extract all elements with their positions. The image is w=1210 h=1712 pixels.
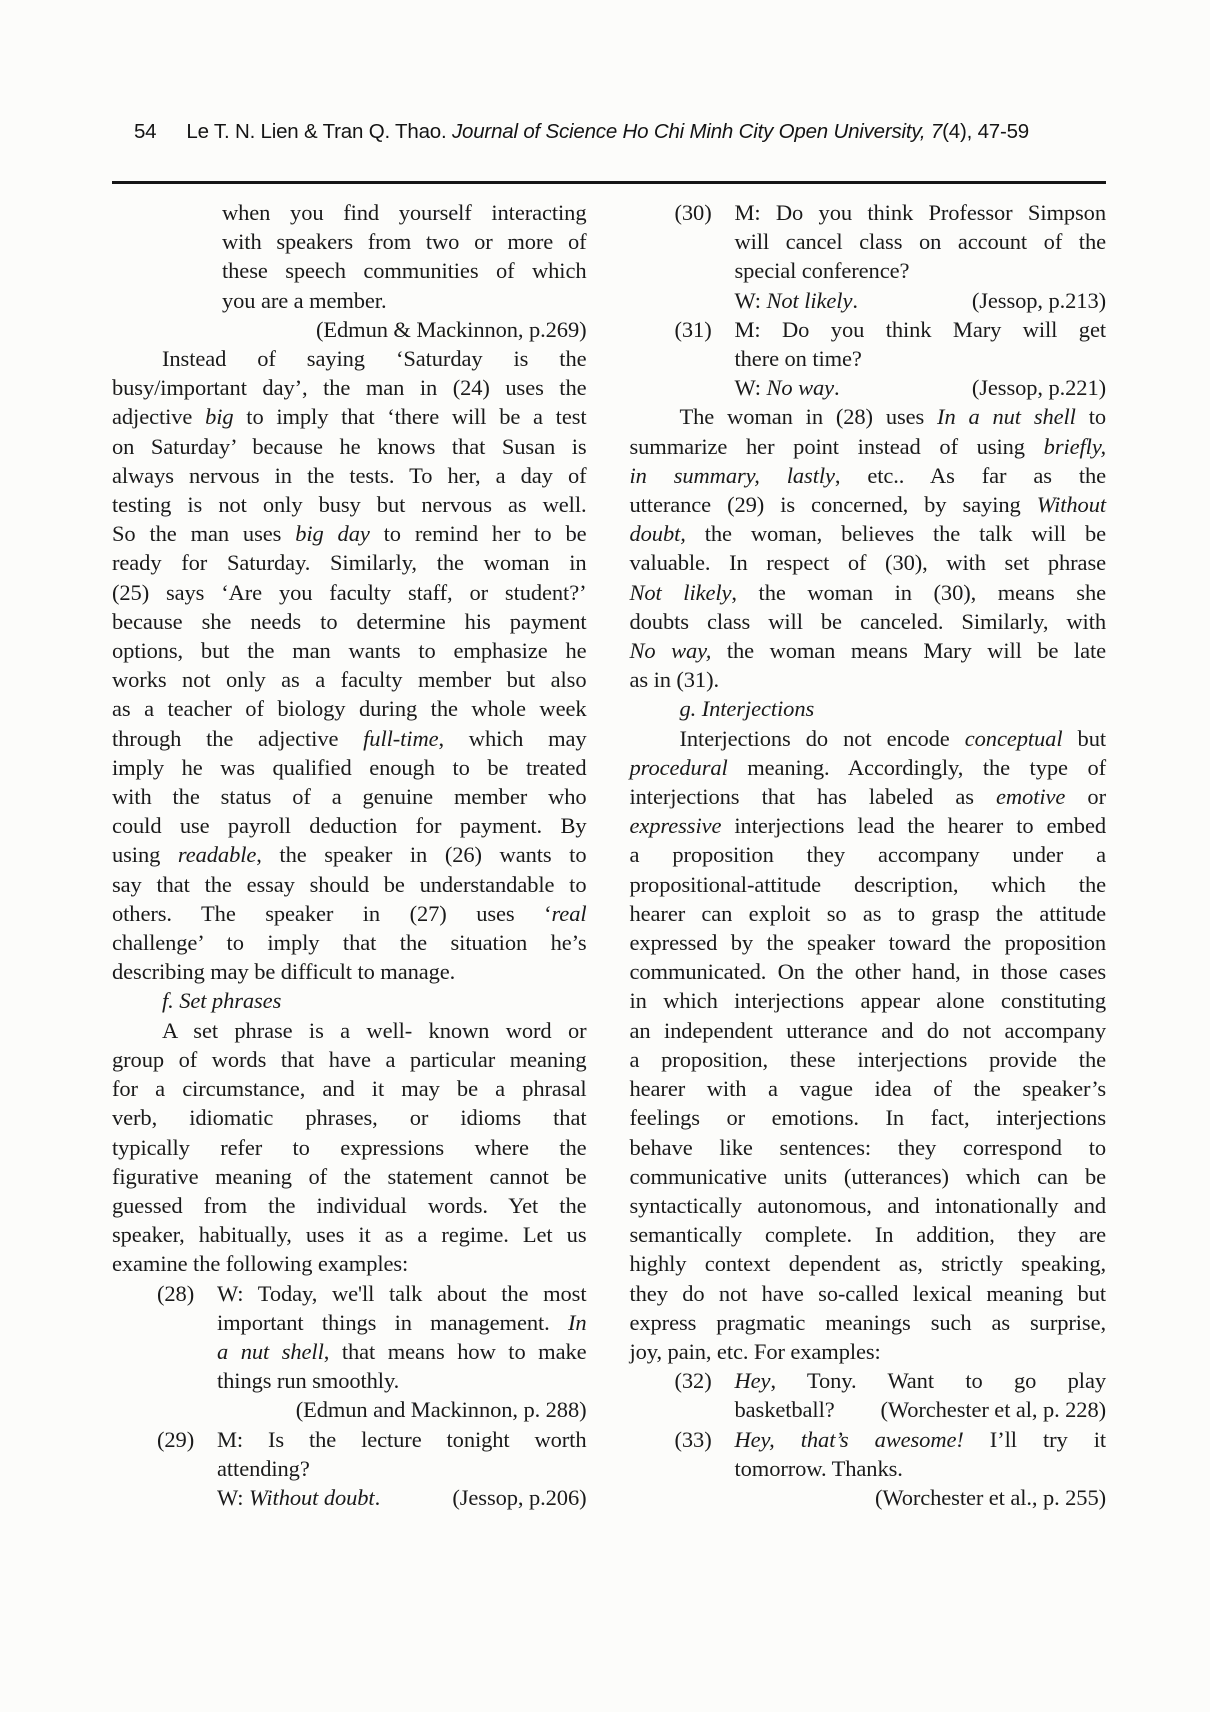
- text-segment: as in (31).: [630, 667, 720, 692]
- text-line: through the adjective full-time, which m…: [112, 724, 587, 753]
- text-line: propositional-attitude description, whic…: [630, 870, 1107, 899]
- text-segment: the woman means Mary will be late: [711, 638, 1106, 663]
- text-segment: (Edmun and Mackinnon, p. 288): [296, 1397, 587, 1422]
- text-segment: Hey, that’s awesome!: [735, 1427, 964, 1452]
- text-line: with the status of a genuine member who: [112, 782, 587, 811]
- text-segment: M: Do you think Professor Simpson: [735, 200, 1107, 225]
- text-line: behave like sentences: they correspond t…: [630, 1133, 1107, 1162]
- text-segment: .: [852, 288, 858, 313]
- text-segment: conceptual: [965, 726, 1063, 751]
- text-line: speaker, habitually, uses it as a regime…: [112, 1220, 587, 1249]
- text-segment: real: [551, 901, 586, 926]
- text-line: works not only as a faculty member but a…: [112, 665, 587, 694]
- text-line: semantically complete. In addition, they…: [630, 1220, 1107, 1249]
- text-segment: M: Do you think Mary will get: [735, 317, 1107, 342]
- text-segment: in which interjections appear alone cons…: [630, 988, 1107, 1013]
- text-segment: could use payroll deduction for payment.…: [112, 813, 587, 838]
- text-segment: emotive: [996, 784, 1065, 809]
- example-body: M: Do you think Mary will getthere on ti…: [735, 315, 1107, 403]
- text-segment: , etc.. As far as the: [835, 463, 1106, 488]
- text-segment: joy, pain, etc. For examples:: [630, 1339, 881, 1364]
- text-segment: but: [1062, 726, 1106, 751]
- text-segment: because she needs to determine his payme…: [112, 609, 587, 634]
- text-line: verb, idiomatic phrases, or idioms that: [112, 1103, 587, 1132]
- text-line: utterance (29) is concerned, by saying W…: [630, 490, 1107, 519]
- example-label: (31): [630, 315, 735, 403]
- text-line: (25) says ‘Are you faculty staff, or stu…: [112, 578, 587, 607]
- text-segment: for a circumstance, and it may be a phra…: [112, 1076, 587, 1101]
- text-line: using readable, the speaker in (26) want…: [112, 840, 587, 869]
- text-segment: utterance (29) is concerned, by saying: [630, 492, 1037, 517]
- text-segment: works not only as a faculty member but a…: [112, 667, 587, 692]
- text-segment: through the adjective: [112, 726, 363, 751]
- text-segment: semantically complete. In addition, they…: [630, 1222, 1107, 1247]
- text-segment: when you find yourself interacting: [222, 200, 587, 225]
- text-segment: readable: [178, 842, 256, 867]
- para-block: A set phrase is a well- known word orgro…: [112, 1016, 587, 1279]
- example-body: Hey, that’s awesome! I’ll try ittomorrow…: [735, 1425, 1107, 1513]
- para-block: The woman in (28) uses In a nut shell to…: [630, 402, 1107, 694]
- text-line: (Edmun and Mackinnon, p. 288): [217, 1395, 587, 1424]
- text-segment: M: Is the lecture tonight worth: [217, 1427, 587, 1452]
- text-segment: procedural: [630, 755, 728, 780]
- header-rule: [112, 181, 1106, 184]
- text-line: syntactically autonomous, and intonation…: [630, 1191, 1107, 1220]
- text-segment: Without doubt: [249, 1485, 375, 1510]
- text-segment: , that means how to make: [324, 1339, 587, 1364]
- text-segment: big day: [295, 521, 370, 546]
- text-line: hearer can exploit so as to grasp the at…: [630, 899, 1107, 928]
- text-segment: on Saturday’ because he knows that Susan…: [112, 434, 587, 459]
- text-segment: challenge’ to imply that the situation h…: [112, 930, 587, 955]
- example-item: (30)M: Do you think Professor Simpsonwil…: [630, 198, 1107, 315]
- text-segment: figurative meaning of the statement cann…: [112, 1164, 587, 1189]
- text-line: Instead of saying ‘Saturday is the: [112, 344, 587, 373]
- text-line: summarize her point instead of using bri…: [630, 432, 1107, 461]
- text-segment: In: [568, 1310, 587, 1335]
- example-body: W: Today, we'll talk about the mostimpor…: [217, 1279, 587, 1425]
- text-line: describing may be difficult to manage.: [112, 957, 587, 986]
- text-line: interjections that has labeled as emotiv…: [630, 782, 1107, 811]
- text-segment: I’ll try it: [964, 1427, 1106, 1452]
- text-line: busy/important day’, the man in (24) use…: [112, 373, 587, 402]
- text-segment: say that the essay should be understanda…: [112, 872, 587, 897]
- text-segment: , Tony. Want to go play: [770, 1368, 1106, 1393]
- text-line: Interjections do not encode conceptual b…: [630, 724, 1107, 753]
- text-line: others. The speaker in (27) uses ‘real: [112, 899, 587, 928]
- text-segment: briefly,: [1044, 434, 1106, 459]
- text-line: ready for Saturday. Similarly, the woman…: [112, 548, 587, 577]
- text-segment: W:: [735, 375, 767, 400]
- example-item: (32)Hey, Tony. Want to go playbasketball…: [630, 1366, 1107, 1424]
- text-line: things run smoothly.: [217, 1366, 587, 1395]
- text-line: could use payroll deduction for payment.…: [112, 811, 587, 840]
- example-item: (29)M: Is the lecture tonight worthatten…: [112, 1425, 587, 1513]
- example-label: (30): [630, 198, 735, 315]
- text-line: with speakers from two or more of: [222, 227, 587, 256]
- journal-page: 54Le T. N. Lien & Tran Q. Thao. Journal …: [0, 96, 1210, 1512]
- text-segment: f. Set phrases: [162, 988, 281, 1013]
- text-segment: Hey: [735, 1368, 771, 1393]
- column-right: (30)M: Do you think Professor Simpsonwil…: [630, 198, 1107, 1512]
- example-item: (28)W: Today, we'll talk about the mosti…: [112, 1279, 587, 1425]
- text-segment: In a nut shell: [937, 404, 1076, 429]
- text-line: joy, pain, etc. For examples:: [630, 1337, 1107, 1366]
- text-segment: behave like sentences: they correspond t…: [630, 1135, 1107, 1160]
- text-segment: to imply that ‘there will be a test: [234, 404, 587, 429]
- text-segment: group of words that have a particular me…: [112, 1047, 587, 1072]
- text-segment: highly context dependent as, strictly sp…: [630, 1251, 1107, 1276]
- text-segment: ready for Saturday. Similarly, the woman…: [112, 550, 587, 575]
- example-label: (29): [112, 1425, 217, 1513]
- text-segment: these speech communities of which: [222, 258, 587, 283]
- text-segment: testing is not only busy but nervous as …: [112, 492, 587, 517]
- text-segment: will cancel class on account of the: [735, 229, 1107, 254]
- text-line: will cancel class on account of the: [735, 227, 1107, 256]
- text-segment: a proposition they accompany under a: [630, 842, 1107, 867]
- text-segment: busy/important day’, the man in (24) use…: [112, 375, 587, 400]
- text-line: express pragmatic meanings such as surpr…: [630, 1308, 1107, 1337]
- text-segment: hearer can exploit so as to grasp the at…: [630, 901, 1107, 926]
- citation: (Worchester et al, p. 228): [881, 1395, 1107, 1424]
- quote-block: when you find yourself interactingwith s…: [222, 198, 587, 344]
- text-line: The woman in (28) uses In a nut shell to: [630, 402, 1107, 431]
- text-line: group of words that have a particular me…: [112, 1045, 587, 1074]
- text-segment: special conference?: [735, 258, 910, 283]
- text-line: testing is not only busy but nervous as …: [112, 490, 587, 519]
- text-line: in summary, lastly, etc.. As far as the: [630, 461, 1107, 490]
- text-line: as a teacher of biology during the whole…: [112, 694, 587, 723]
- text-segment: Not likely: [766, 288, 852, 313]
- header-authors: Le T. N. Lien & Tran Q. Thao.: [186, 120, 452, 143]
- text-line: special conference?: [735, 256, 1107, 285]
- text-line: communicative units (utterances) which c…: [630, 1162, 1107, 1191]
- text-line: say that the essay should be understanda…: [112, 870, 587, 899]
- text-line: W: Today, we'll talk about the most: [217, 1279, 587, 1308]
- text-segment: doubt,: [630, 521, 686, 546]
- text-segment: W:: [217, 1485, 249, 1510]
- text-line: as in (31).: [630, 665, 1107, 694]
- text-segment: speaker, habitually, uses it as a regime…: [112, 1222, 587, 1247]
- text-line: attending?: [217, 1454, 587, 1483]
- text-line: guessed from the individual words. Yet t…: [112, 1191, 587, 1220]
- text-segment: verb, idiomatic phrases, or idioms that: [112, 1105, 587, 1130]
- citation: (Jessop, p.206): [452, 1483, 586, 1512]
- para-block: Instead of saying ‘Saturday is thebusy/i…: [112, 344, 587, 986]
- text-segment: valuable. In respect of (30), with set p…: [630, 550, 1107, 575]
- text-line: on Saturday’ because he knows that Susan…: [112, 432, 587, 461]
- text-line: typically refer to expressions where the: [112, 1133, 587, 1162]
- text-segment: with speakers from two or more of: [222, 229, 587, 254]
- text-segment: expressed by the speaker toward the prop…: [630, 930, 1107, 955]
- citation: (Jessop, p.213): [972, 286, 1106, 315]
- text-segment: syntactically autonomous, and intonation…: [630, 1193, 1107, 1218]
- text-line: expressed by the speaker toward the prop…: [630, 928, 1107, 957]
- text-segment: Without: [1037, 492, 1106, 517]
- text-line: feelings or emotions. In fact, interject…: [630, 1103, 1107, 1132]
- text-line: g. Interjections: [630, 694, 1107, 723]
- text-line: in which interjections appear alone cons…: [630, 986, 1107, 1015]
- example-item: (31)M: Do you think Mary will getthere o…: [630, 315, 1107, 403]
- text-segment: attending?: [217, 1456, 310, 1481]
- text-line: tomorrow. Thanks.: [735, 1454, 1107, 1483]
- text-line: Not likely, the woman in (30), means she: [630, 578, 1107, 607]
- text-segment: communicative units (utterances) which c…: [630, 1164, 1107, 1189]
- text-segment: , which may: [438, 726, 586, 751]
- example-label: (28): [112, 1279, 217, 1425]
- speaker-line: W: No way.: [735, 373, 840, 402]
- text-segment: summarize her point instead of using: [630, 434, 1044, 459]
- text-line: Hey, Tony. Want to go play: [735, 1366, 1107, 1395]
- text-segment: guessed from the individual words. Yet t…: [112, 1193, 587, 1218]
- header-journal-title: Journal of Science Ho Chi Minh City Open…: [452, 120, 942, 143]
- heading-block: f. Set phrases: [112, 986, 587, 1015]
- text-segment: (Edmun & Mackinnon, p.269): [316, 317, 587, 342]
- text-line: they do not have so-called lexical meani…: [630, 1279, 1107, 1308]
- text-line: valuable. In respect of (30), with set p…: [630, 548, 1107, 577]
- text-segment: big: [205, 404, 233, 429]
- page-number: 54: [134, 120, 156, 143]
- text-segment: others. The speaker in (27) uses ‘: [112, 901, 551, 926]
- text-line: procedural meaning. Accordingly, the typ…: [630, 753, 1107, 782]
- text-line: a proposition, these interjections provi…: [630, 1045, 1107, 1074]
- text-line: because she needs to determine his payme…: [112, 607, 587, 636]
- text-segment: No way,: [630, 638, 712, 663]
- text-segment: Not likely: [630, 580, 732, 605]
- example-body: Hey, Tony. Want to go playbasketball?(Wo…: [735, 1366, 1107, 1424]
- text-line-with-citation: basketball?(Worchester et al, p. 228): [735, 1395, 1107, 1424]
- text-line: hearer with a vague idea of the speaker’…: [630, 1074, 1107, 1103]
- column-left: when you find yourself interactingwith s…: [112, 198, 587, 1512]
- text-line-with-citation: W: No way.(Jessop, p.221): [735, 373, 1107, 402]
- speaker-line: W: Not likely.: [735, 286, 858, 315]
- text-line: figurative meaning of the statement cann…: [112, 1162, 587, 1191]
- text-segment: meaning. Accordingly, the type of: [728, 755, 1106, 780]
- text-segment: Instead of saying ‘Saturday is the: [162, 346, 587, 371]
- text-line: when you find yourself interacting: [222, 198, 587, 227]
- heading-block: g. Interjections: [630, 694, 1107, 723]
- example-label: (33): [630, 1425, 735, 1513]
- text-line: highly context dependent as, strictly sp…: [630, 1249, 1107, 1278]
- text-segment: communicated. On the other hand, in thos…: [630, 959, 1107, 984]
- text-segment: A set phrase is a well- known word or: [162, 1018, 587, 1043]
- text-segment: an independent utterance and do not acco…: [630, 1018, 1107, 1043]
- text-segment: examine the following examples:: [112, 1251, 408, 1276]
- text-segment: important things in management.: [217, 1310, 568, 1335]
- text-segment: (25) says ‘Are you faculty staff, or stu…: [112, 580, 587, 605]
- text-line: imply he was qualified enough to be trea…: [112, 753, 587, 782]
- text-line: M: Do you think Professor Simpson: [735, 198, 1107, 227]
- text-segment: in summary, lastly: [630, 463, 835, 488]
- text-line: doubts class will be canceled. Similarly…: [630, 607, 1107, 636]
- para-block: Interjections do not encode conceptual b…: [630, 724, 1107, 1366]
- text-segment: as a teacher of biology during the whole…: [112, 696, 587, 721]
- text-line: there on time?: [735, 344, 1107, 373]
- text-line: challenge’ to imply that the situation h…: [112, 928, 587, 957]
- text-segment: No way: [766, 375, 834, 400]
- text-segment: the woman, believes the talk will be: [686, 521, 1106, 546]
- text-segment: imply he was qualified enough to be trea…: [112, 755, 587, 780]
- text-segment: express pragmatic meanings such as surpr…: [630, 1310, 1107, 1335]
- text-segment: using: [112, 842, 178, 867]
- text-line-with-citation: W: Without doubt.(Jessop, p.206): [217, 1483, 587, 1512]
- text-line: examine the following examples:: [112, 1249, 587, 1278]
- text-line-with-citation: W: Not likely.(Jessop, p.213): [735, 286, 1107, 315]
- text-segment: a nut shell: [217, 1339, 324, 1364]
- text-segment: full-time: [363, 726, 438, 751]
- text-segment: typically refer to expressions where the: [112, 1135, 587, 1160]
- text-segment: (Worchester et al., p. 255): [875, 1485, 1106, 1510]
- text-line: these speech communities of which: [222, 256, 587, 285]
- text-line: a nut shell, that means how to make: [217, 1337, 587, 1366]
- text-segment: things run smoothly.: [217, 1368, 399, 1393]
- text-line: (Edmun & Mackinnon, p.269): [222, 315, 587, 344]
- text-line: f. Set phrases: [112, 986, 587, 1015]
- text-segment: tomorrow. Thanks.: [735, 1456, 903, 1481]
- text-segment: to remind her to be: [370, 521, 587, 546]
- example-body: M: Do you think Professor Simpsonwill ca…: [735, 198, 1107, 315]
- text-line: So the man uses big day to remind her to…: [112, 519, 587, 548]
- text-segment: W: Today, we'll talk about the most: [217, 1281, 587, 1306]
- text-segment: , the speaker in (26) wants to: [256, 842, 586, 867]
- text-line: M: Is the lecture tonight worth: [217, 1425, 587, 1454]
- text-segment: they do not have so-called lexical meani…: [630, 1281, 1107, 1306]
- text-line: for a circumstance, and it may be a phra…: [112, 1074, 587, 1103]
- text-segment: .: [375, 1485, 381, 1510]
- text-line: communicated. On the other hand, in thos…: [630, 957, 1107, 986]
- example-label: (32): [630, 1366, 735, 1424]
- text-segment: options, but the man wants to emphasize …: [112, 638, 587, 663]
- speaker-line: W: Without doubt.: [217, 1483, 380, 1512]
- text-segment: expressive: [630, 813, 722, 838]
- text-segment: adjective: [112, 404, 205, 429]
- text-segment: doubts class will be canceled. Similarly…: [630, 609, 1107, 634]
- content-columns: when you find yourself interactingwith s…: [112, 198, 1106, 1512]
- text-segment: always nervous in the tests. To her, a d…: [112, 463, 587, 488]
- text-segment: you are a member.: [222, 288, 386, 313]
- text-line: (Worchester et al., p. 255): [735, 1483, 1107, 1512]
- header-issue: (4), 47-59: [942, 120, 1029, 143]
- text-segment: propositional-attitude description, whic…: [630, 872, 1107, 897]
- text-line: important things in management. In: [217, 1308, 587, 1337]
- text-segment: there on time?: [735, 346, 862, 371]
- text-segment: interjections lead the hearer to embed: [721, 813, 1106, 838]
- citation: (Jessop, p.221): [972, 373, 1106, 402]
- text-line: you are a member.: [222, 286, 587, 315]
- page-header: 54Le T. N. Lien & Tran Q. Thao. Journal …: [112, 96, 1106, 168]
- text-line: expressive interjections lead the hearer…: [630, 811, 1107, 840]
- text-segment: So the man uses: [112, 521, 295, 546]
- text-line: adjective big to imply that ‘there will …: [112, 402, 587, 431]
- text-segment: interjections that has labeled as: [630, 784, 997, 809]
- example-item: (33)Hey, that’s awesome! I’ll try ittomo…: [630, 1425, 1107, 1513]
- text-line: always nervous in the tests. To her, a d…: [112, 461, 587, 490]
- text-segment: with the status of a genuine member who: [112, 784, 587, 809]
- text-line: an independent utterance and do not acco…: [630, 1016, 1107, 1045]
- text-segment: g. Interjections: [680, 696, 815, 721]
- text-segment: feelings or emotions. In fact, interject…: [630, 1105, 1107, 1130]
- text-segment: or: [1065, 784, 1106, 809]
- text-line: A set phrase is a well- known word or: [112, 1016, 587, 1045]
- text-segment: The woman in (28) uses: [680, 404, 938, 429]
- example-body: M: Is the lecture tonight worthattending…: [217, 1425, 587, 1513]
- text-segment: W:: [735, 288, 767, 313]
- text-line: Hey, that’s awesome! I’ll try it: [735, 1425, 1107, 1454]
- text-line: M: Do you think Mary will get: [735, 315, 1107, 344]
- text-segment: Interjections do not encode: [680, 726, 965, 751]
- text-segment: describing may be difficult to manage.: [112, 959, 455, 984]
- text-line: No way, the woman means Mary will be lat…: [630, 636, 1107, 665]
- text-line: options, but the man wants to emphasize …: [112, 636, 587, 665]
- text-segment: to: [1076, 404, 1106, 429]
- text-segment: , the woman in (30), means she: [731, 580, 1106, 605]
- text-segment: .: [834, 375, 840, 400]
- text-segment: hearer with a vague idea of the speaker’…: [630, 1076, 1107, 1101]
- speaker-line: basketball?: [735, 1395, 835, 1424]
- text-line: doubt, the woman, believes the talk will…: [630, 519, 1107, 548]
- text-segment: basketball?: [735, 1397, 835, 1422]
- text-segment: a proposition, these interjections provi…: [630, 1047, 1107, 1072]
- text-line: a proposition they accompany under a: [630, 840, 1107, 869]
